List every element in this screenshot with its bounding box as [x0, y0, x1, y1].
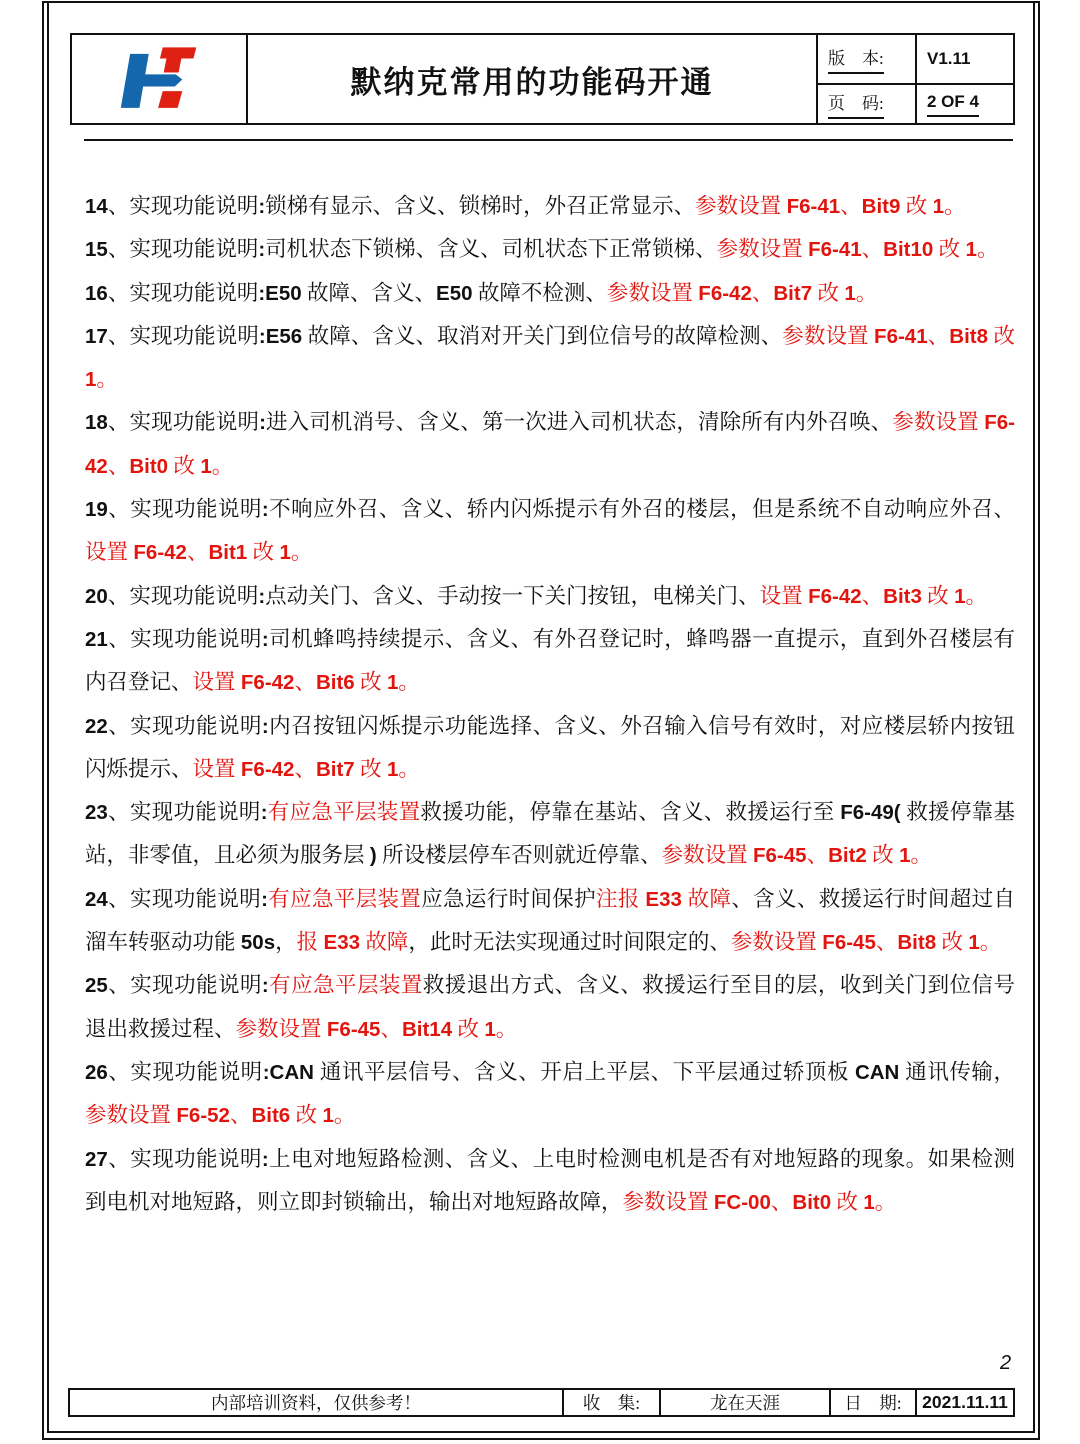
pagecode-label-cell: 页 码:: [818, 85, 917, 123]
item-18: 18、实现功能说明:进入司机消号、含义、第一次进入司机状态，清除所有内外召唤、参…: [85, 401, 1015, 488]
collector-label: 收 集:: [562, 1390, 659, 1415]
page-number: 2: [1000, 1352, 1011, 1375]
page-title: 默纳克常用的功能码开通: [351, 57, 714, 102]
title-cell: 默纳克常用的功能码开通: [248, 35, 816, 123]
ht-logo-icon: [118, 47, 200, 111]
item-16: 16、实现功能说明:E50 故障、含义、E50 故障不检测、参数设置 F6-42…: [85, 272, 1015, 315]
date-value: 2021.11.11: [915, 1390, 1013, 1415]
version-value-cell: V1.11: [917, 35, 1013, 85]
version-value: V1.11: [927, 49, 971, 69]
version-label-cell: 版 本:: [818, 35, 917, 85]
item-27: 27、实现功能说明:上电对地短路检测、含义、上电时检测电机是否有对地短路的现象。…: [85, 1138, 1015, 1225]
item-21: 21、实现功能说明:司机蜂鸣持续提示、含义、有外召登记时，蜂鸣器一直提示，直到外…: [85, 618, 1015, 705]
logo-cell: [72, 35, 248, 123]
pagecode-value: 2 OF 4: [927, 92, 979, 117]
pagecode-label: 页 码:: [828, 89, 884, 119]
pagecode-value-cell: 2 OF 4: [917, 85, 1013, 123]
content-list: 14、实现功能说明:锁梯有显示、含义、锁梯时，外召正常显示、参数设置 F6-41…: [85, 185, 1015, 1224]
document-page: { "header": { "title": "默纳克常用的功能码开通", "v…: [0, 0, 1080, 1444]
header-divider-line: [84, 139, 1013, 141]
date-label: 日 期:: [829, 1390, 915, 1415]
collector-value: 龙在天涯: [659, 1390, 829, 1415]
item-15: 15、实现功能说明:司机状态下锁梯、含义、司机状态下正常锁梯、参数设置 F6-4…: [85, 228, 1015, 271]
item-26: 26、实现功能说明:CAN 通讯平层信号、含义、开启上平层、下平层通过轿顶板 C…: [85, 1051, 1015, 1138]
footer-note: 内部培训资料，仅供参考！: [70, 1390, 562, 1415]
item-20: 20、实现功能说明:点动关门、含义、手动按一下关门按钮，电梯关门、设置 F6-4…: [85, 575, 1015, 618]
version-box: 版 本: V1.11 页 码: 2 OF 4: [816, 35, 1013, 123]
item-19: 19、实现功能说明:不响应外召、含义、轿内闪烁提示有外召的楼层，但是系统不自动响…: [85, 488, 1015, 575]
item-24: 24、实现功能说明:有应急平层装置应急运行时间保护注报 E33 故障、含义、救援…: [85, 878, 1015, 965]
item-25: 25、实现功能说明:有应急平层装置救援退出方式、含义、救援运行至目的层，收到关门…: [85, 964, 1015, 1051]
item-22: 22、实现功能说明:内召按钮闪烁提示功能选择、含义、外召输入信号有效时，对应楼层…: [85, 705, 1015, 792]
item-17: 17、实现功能说明:E56 故障、含义、取消对开关门到位信号的故障检测、参数设置…: [85, 315, 1015, 402]
header: 默纳克常用的功能码开通 版 本: V1.11 页 码: 2 OF 4: [70, 33, 1015, 125]
item-23: 23、实现功能说明:有应急平层装置救援功能，停靠在基站、含义、救援运行至 F6-…: [85, 791, 1015, 878]
item-14: 14、实现功能说明:锁梯有显示、含义、锁梯时，外召正常显示、参数设置 F6-41…: [85, 185, 1015, 228]
version-label: 版 本:: [828, 44, 884, 74]
footer: 内部培训资料，仅供参考！ 收 集: 龙在天涯 日 期: 2021.11.11: [68, 1388, 1015, 1417]
